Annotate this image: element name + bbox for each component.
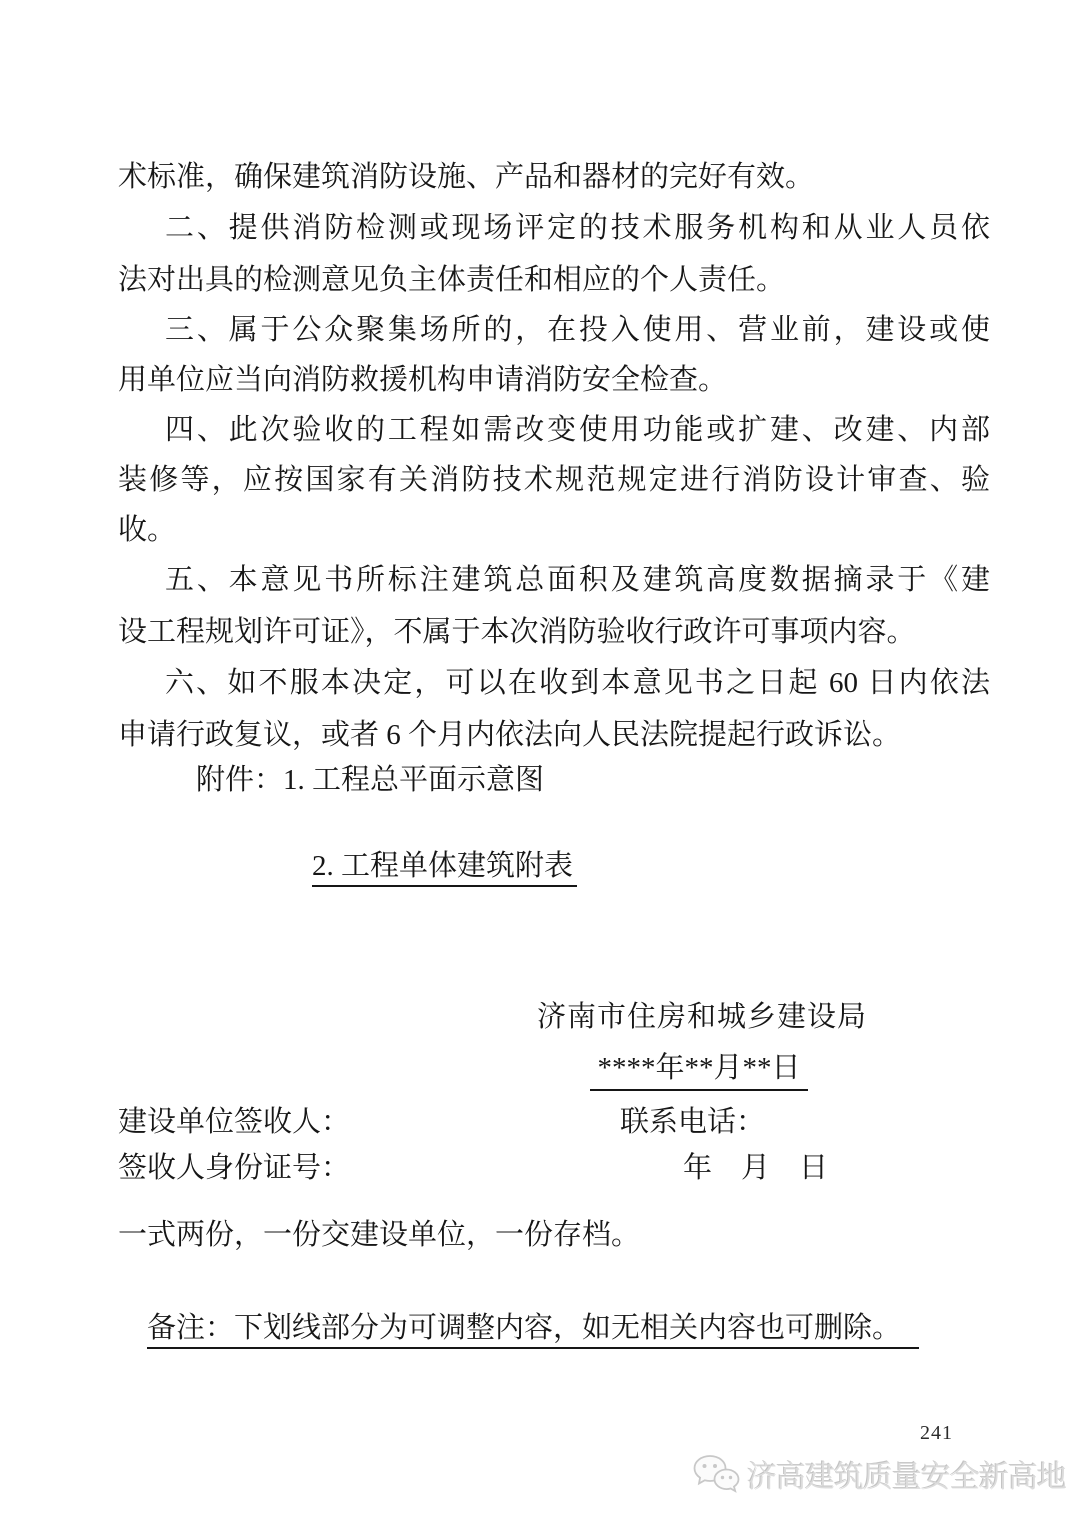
- phone-label: 联系电话：: [620, 1104, 765, 1140]
- document-page: 术标准，确保建筑消防设施、产品和器材的完好有效。 二、提供消防检测或现场评定的技…: [0, 0, 1080, 1527]
- body-line: 三、属于公众聚集场所的，在投入使用、营业前，建设或使: [165, 312, 990, 348]
- body-line: 申请行政复议，或者 6 个月内依法向人民法院提起行政诉讼。: [118, 717, 901, 753]
- copies-note: 一式两份，一份交建设单位，一份存档。: [118, 1217, 640, 1253]
- id-number-label: 签收人身份证号：: [118, 1150, 350, 1186]
- body-line: 五、本意见书所标注建筑总面积及建筑高度数据摘录于《建: [165, 562, 990, 598]
- body-line: 法对出具的检测意见负主体责任和相应的个人责任。: [118, 262, 785, 298]
- body-line: 装修等，应按国家有关消防技术规范规定进行消防设计审查、验: [118, 462, 990, 498]
- watermark: 济高建筑质量安全新高地: [692, 1452, 1066, 1496]
- body-line: 二、提供消防检测或现场评定的技术服务机构和从业人员依: [165, 210, 990, 246]
- watermark-text: 济高建筑质量安全新高地: [747, 1452, 1066, 1496]
- body-line: 设工程规划许可证》，不属于本次消防验收行政许可事项内容。: [118, 614, 916, 650]
- date-blank: 年 月 日: [683, 1150, 828, 1186]
- body-line: 用单位应当向消防救援机构申请消防安全检查。: [118, 362, 727, 398]
- issuing-agency: 济南市住房和城乡建设局: [537, 999, 867, 1035]
- attachment-line-1: 附件：1. 工程总平面示意图: [196, 762, 544, 798]
- attachment-line-2: 2. 工程单体建筑附表: [312, 850, 577, 887]
- signer-label: 建设单位签收人：: [118, 1104, 350, 1140]
- wechat-icon: [692, 1453, 740, 1495]
- page-number: 241: [920, 1422, 953, 1445]
- body-line: 收。: [118, 512, 176, 548]
- remark-note: 备注：下划线部分为可调整内容，如无相关内容也可删除。: [147, 1312, 919, 1349]
- body-line: 四、此次验收的工程如需改变使用功能或扩建、改建、内部: [165, 412, 990, 448]
- body-line: 六、如不服本决定，可以在收到本意见书之日起 60 日内依法: [165, 665, 990, 701]
- body-line: 术标准，确保建筑消防设施、产品和器材的完好有效。: [118, 159, 814, 195]
- issue-date: ****年**月**日: [590, 1050, 808, 1091]
